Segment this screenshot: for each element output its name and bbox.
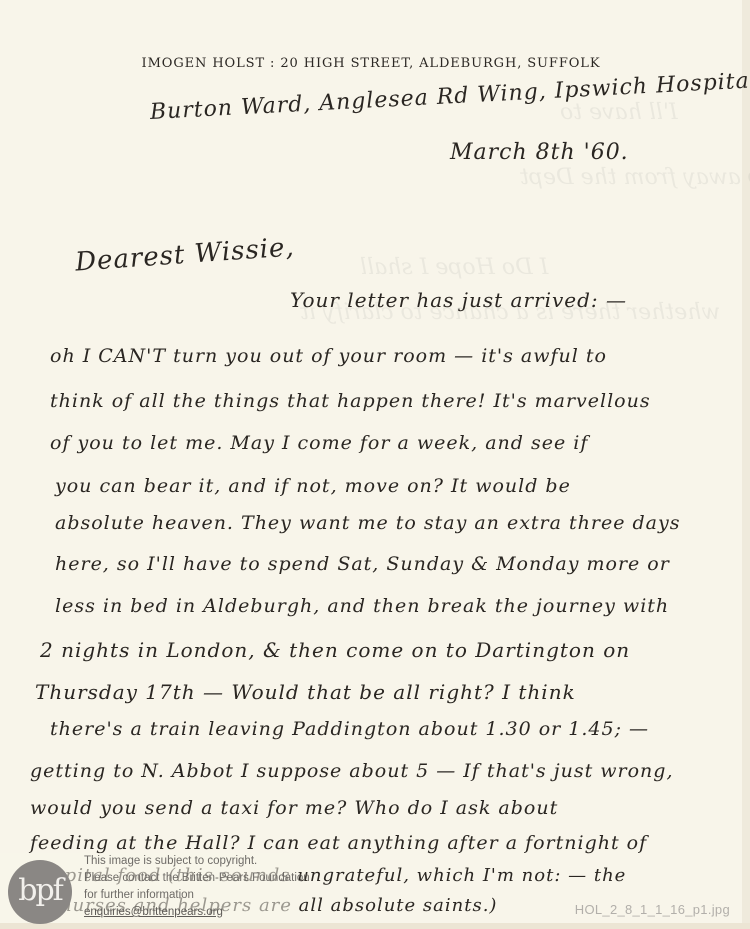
body-line: absolute heaven. They want me to stay an…	[55, 512, 680, 534]
body-line: there's a train leaving Paddington about…	[50, 718, 649, 740]
image-filename: HOL_2_8_1_1_16_p1.jpg	[575, 902, 730, 917]
info-notice: for further information	[84, 889, 194, 901]
bpf-logo-icon: bpf	[8, 860, 72, 924]
body-line: 2 nights in London, & then come on to Da…	[40, 638, 630, 662]
copyright-notice: This image is subject to copyright.	[84, 855, 257, 867]
page-edge	[742, 0, 750, 929]
body-line: feeding at the Hall? I can eat anything …	[30, 832, 647, 854]
page-bottom-edge	[0, 923, 750, 929]
body-line: of you to let me. May I come for a week,…	[50, 432, 588, 454]
showthrough-text: I'll have to	[560, 100, 678, 125]
showthrough-text: I Do Hope I shall	[360, 255, 548, 280]
body-line: oh I CAN'T turn you out of your room — i…	[50, 345, 607, 367]
contact-notice: Please contact the Britten-Pears Foundat…	[84, 872, 310, 884]
body-line: less in bed in Aldeburgh, and then break…	[55, 595, 669, 617]
letterhead: IMOGEN HOLST : 20 HIGH STREET, ALDEBURGH…	[0, 56, 742, 71]
body-line: you can bear it, and if not, move on? It…	[55, 475, 571, 497]
letter-page	[0, 0, 742, 929]
body-line: would you send a taxi for me? Who do I a…	[30, 797, 558, 819]
body-line: Your letter has just arrived: —	[290, 288, 627, 312]
showthrough-text: keep away from the Dept	[520, 165, 750, 190]
body-line: Thursday 17th — Would that be all right?…	[35, 680, 576, 704]
body-line: getting to N. Abbot I suppose about 5 — …	[30, 760, 674, 782]
body-line: think of all the things that happen ther…	[50, 390, 651, 412]
body-line: here, so I'll have to spend Sat, Sunday …	[55, 553, 670, 575]
letter-date: March 8th '60.	[450, 140, 629, 165]
contact-email-link[interactable]: enquiries@brittenpears.org	[84, 906, 223, 918]
